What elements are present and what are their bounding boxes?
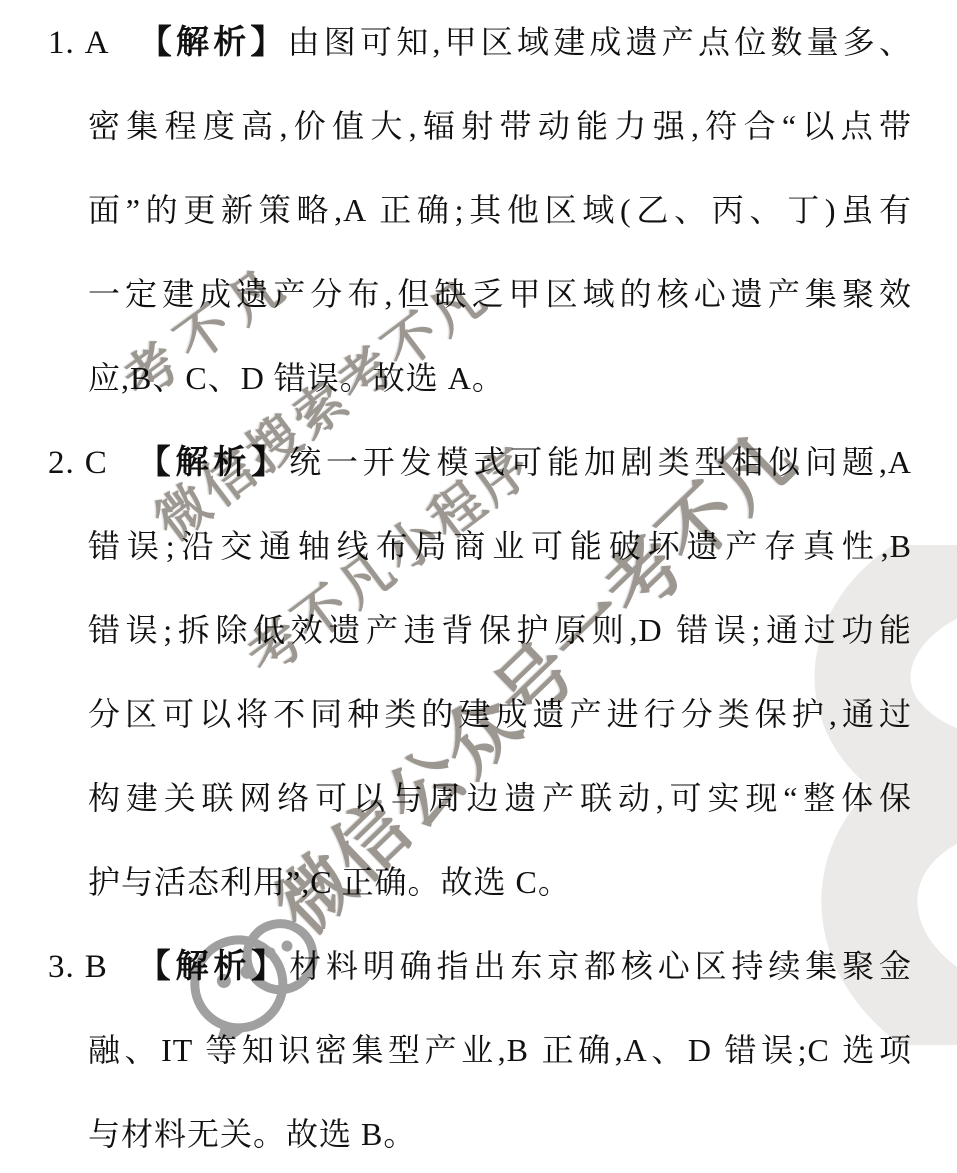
answer-item: 1.A【解析】由图可知,甲区域建成遗产点位数量多、 密集程度高,价值大,辐射带动… [0, 0, 957, 420]
analysis-text-line: 构建关联网络可以与周边遗产联动,可实现“整体保 [88, 756, 912, 840]
analysis-text-line: 3.B【解析】材料明确指出东京都核心区持续集聚金 [48, 924, 912, 1008]
answer-letter: B [85, 949, 108, 985]
answer-text-block: 1.A【解析】由图可知,甲区域建成遗产点位数量多、 密集程度高,价值大,辐射带动… [0, 0, 957, 1173]
item-number: 3. [48, 949, 75, 985]
analysis-text-line: 分区可以将不同种类的建成遗产进行分类保护,通过 [88, 672, 912, 756]
analysis-text-line: 应,B、C、D 错误。故选 A。 [88, 336, 912, 420]
answer-letter: C [85, 445, 108, 481]
analysis-label: 【解析】 [134, 443, 289, 480]
answer-item: 3.B【解析】材料明确指出东京都核心区持续集聚金 融、IT 等知识密集型产业,B… [0, 924, 957, 1173]
analysis-text-line: 错误;拆除低效遗产违背保护原则,D 错误;通过功能 [88, 588, 912, 672]
analysis-label: 【解析】 [136, 23, 288, 60]
analysis-text-line: 2.C【解析】统一开发模式可能加剧类型相似问题,A [48, 420, 912, 504]
analysis-label: 【解析】 [134, 947, 289, 984]
answer-item: 2.C【解析】统一开发模式可能加剧类型相似问题,A 错误;沿交通轴线布局商业可能… [0, 420, 957, 924]
analysis-text-line: 一定建成遗产分布,但缺乏甲区域的核心遗产集聚效 [88, 252, 912, 336]
analysis-text-line: 面”的更新策略,A 正确;其他区域(乙、丙、丁)虽有 [88, 168, 912, 252]
analysis-text-line: 1.A【解析】由图可知,甲区域建成遗产点位数量多、 [48, 0, 912, 84]
item-number: 1. [48, 25, 75, 61]
answer-letter: A [85, 25, 110, 61]
analysis-text-line: 错误;沿交通轴线布局商业可能破坏遗产存真性,B [88, 504, 912, 588]
answer-sheet-page: 1.A【解析】由图可知,甲区域建成遗产点位数量多、 密集程度高,价值大,辐射带动… [0, 0, 957, 1173]
analysis-text: 由图可知,甲区域建成遗产点位数量多、 [288, 24, 912, 60]
item-number: 2. [48, 445, 75, 481]
analysis-text-line: 护与活态利用”,C 正确。故选 C。 [88, 840, 912, 924]
analysis-text-line: 融、IT 等知识密集型产业,B 正确,A、D 错误;C 选项 [88, 1008, 912, 1092]
analysis-text-line: 密集程度高,价值大,辐射带动能力强,符合“以点带 [88, 84, 912, 168]
page-root: { "items": [ { "number": "1.", "answer":… [0, 0, 957, 1173]
analysis-text-line: 与材料无关。故选 B。 [88, 1092, 912, 1173]
analysis-text: 统一开发模式可能加剧类型相似问题,A [289, 444, 912, 480]
analysis-text: 材料明确指出东京都核心区持续集聚金 [289, 948, 912, 984]
